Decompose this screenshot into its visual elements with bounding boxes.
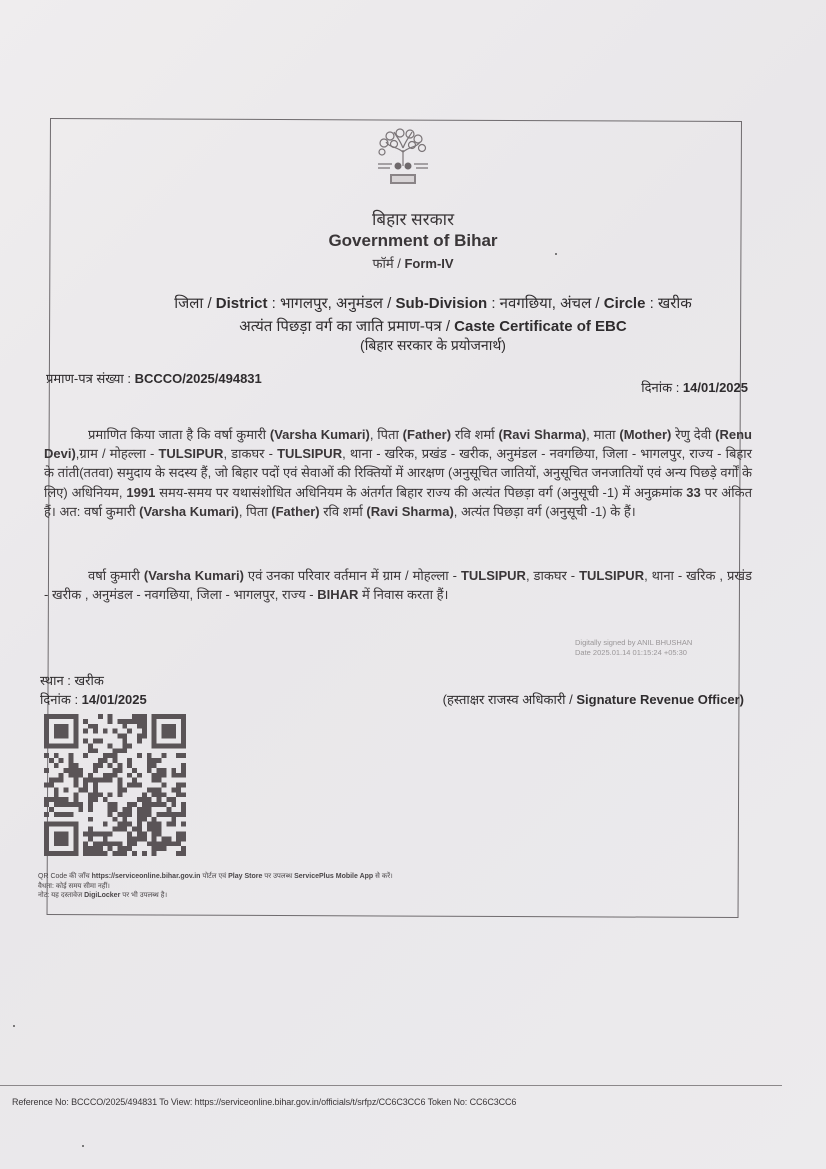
speck	[82, 1145, 84, 1147]
text-run: (Varsha Kumari)	[144, 568, 244, 583]
residence-text: वर्षा कुमारी (Varsha Kumari) एवं उनका पर…	[44, 568, 752, 602]
text-run: में अनुक्रमांक	[618, 485, 686, 500]
qr-code-icon[interactable]	[44, 714, 186, 856]
officer-caption-hi: (हस्ताक्षर राजस्व अधिकारी /	[443, 692, 577, 707]
speck	[13, 1025, 15, 1027]
circle-label: Circle	[604, 295, 646, 312]
text-run: रवि शर्मा	[320, 504, 367, 519]
officer-signature-caption: (हस्ताक्षर राजस्व अधिकारी / Signature Re…	[443, 690, 744, 708]
form-number: फॉर्म / Form-IV	[0, 254, 826, 272]
qr-note-mid: पोर्टल एवं	[200, 873, 228, 880]
certification-text: प्रमाणित किया जाता है कि वर्षा कुमारी (V…	[44, 427, 752, 519]
digital-signature-date: Date 2025.01.14 01:15:24 +05:30	[575, 648, 692, 658]
form-label-english: Form-IV	[404, 256, 453, 271]
qr-note-mid2: पर उपलब्ध	[262, 873, 294, 880]
text-run: (Father)	[271, 504, 319, 519]
purpose-note: (बिहार सरकार के प्रयोजनार्थ)	[20, 336, 826, 355]
text-run: TULSIPUR	[579, 568, 644, 583]
digilocker-note-prefix: नोट: यह दस्तावेज	[38, 892, 84, 899]
text-run: में निवास करता हैं।	[358, 587, 448, 602]
text-run: (Ravi Sharma)	[366, 504, 453, 519]
certificate-title: अत्यंत पिछड़ा वर्ग का जाति प्रमाण-पत्र /…	[20, 316, 826, 336]
place: स्थान : खरीक	[40, 671, 104, 689]
certificate-title-en: Caste Certificate of EBC	[454, 318, 627, 335]
digilocker-note-end: पर भी उपलब्ध है।	[120, 892, 167, 899]
footer-reference: Reference No: BCCCO/2025/494831 To View:…	[12, 1097, 516, 1107]
certificate-number: प्रमाण-पत्र संख्या : BCCCO/2025/494831	[46, 369, 262, 387]
certificate-number-value: BCCCO/2025/494831	[135, 371, 262, 386]
government-title-english: Government of Bihar	[0, 231, 826, 251]
text-run: प्रमाणित किया जाता है कि वर्षा कुमारी	[88, 427, 270, 442]
certificate-number-label: प्रमाण-पत्र संख्या :	[46, 371, 135, 386]
footer-divider	[0, 1085, 782, 1086]
government-title-hindi: बिहार सरकार	[0, 207, 826, 230]
text-run: , माता	[586, 427, 619, 442]
residence-paragraph: वर्षा कुमारी (Varsha Kumari) एवं उनका पर…	[44, 566, 752, 604]
text-run: (Father)	[403, 427, 451, 442]
officer-caption-en: Signature Revenue Officer	[576, 692, 739, 707]
text-run: , पिता	[239, 504, 271, 519]
issue-date-value: 14/01/2025	[82, 692, 147, 707]
digital-signature-stamp: Digitally signed by ANIL BHUSHAN Date 20…	[575, 638, 692, 658]
portal-link[interactable]: https://serviceonline.bihar.gov.in	[92, 873, 201, 880]
qr-note-end: से करें।	[373, 873, 393, 880]
issue-date: दिनांक : 14/01/2025	[40, 690, 147, 708]
district-value: : भागलपुर, अनुमंडल /	[267, 295, 395, 312]
certificate-date-value: 14/01/2025	[683, 380, 748, 395]
certificate-title-hi: अत्यंत पिछड़ा वर्ग का जाति प्रमाण-पत्र /	[239, 318, 454, 335]
text-run: 1991	[126, 485, 155, 500]
place-value: खरीक	[75, 673, 104, 688]
text-run: रेणु देवी	[671, 427, 715, 442]
text-run: (Varsha Kumari)	[270, 427, 370, 442]
district-label-hi: जिला /	[174, 295, 216, 312]
text-run: (Mother)	[619, 427, 671, 442]
qr-note-app: ServicePlus Mobile App	[294, 873, 373, 880]
text-run: रवि शर्मा	[451, 427, 498, 442]
certification-paragraph: प्रमाणित किया जाता है कि वर्षा कुमारी (V…	[44, 425, 752, 521]
circle-value: : खरीक	[645, 295, 691, 312]
text-run: , पिता	[370, 427, 403, 442]
text-run: वर्षा कुमारी	[88, 568, 144, 583]
district-label-en: District	[216, 295, 268, 312]
text-run: TULSIPUR	[158, 446, 223, 461]
validity-note: वैधता: कोई समय सीमा नहीं।	[38, 882, 393, 892]
digilocker-note: नोट: यह दस्तावेज DigiLocker पर भी उपलब्ध…	[38, 891, 393, 901]
qr-note-store: Play Store	[228, 873, 262, 880]
subdivision-value: : नवगछिया, अंचल /	[487, 295, 604, 312]
text-run: , अत्यंत पिछड़ा वर्ग (अनुसूची -1) के हैं…	[454, 504, 636, 519]
certificate-date: दिनांक : 14/01/2025	[641, 378, 748, 396]
text-run: अनुसूची -1)	[561, 485, 618, 500]
certificate-date-label: दिनांक :	[641, 380, 683, 395]
text-run: , डाकघर -	[223, 446, 277, 461]
text-run: (Varsha Kumari)	[139, 504, 239, 519]
text-run: 33	[686, 485, 700, 500]
digital-signature-signer: Digitally signed by ANIL BHUSHAN	[575, 638, 692, 648]
text-run: (Ravi Sharma)	[499, 427, 587, 442]
issue-date-label: दिनांक :	[40, 692, 82, 707]
qr-note-prefix: QR Code की जाँच	[38, 873, 92, 880]
text-run: BIHAR	[317, 587, 358, 602]
qr-verification-notes: QR Code की जाँच https://serviceonline.bi…	[38, 872, 393, 901]
text-run: TULSIPUR	[461, 568, 526, 583]
bodhi-tree-emblem-icon	[370, 128, 436, 188]
qr-note-verify: QR Code की जाँच https://serviceonline.bi…	[38, 872, 393, 882]
text-run: ,ग्राम / मोहल्ला -	[76, 446, 159, 461]
jurisdiction-line: जिला / District : भागलपुर, अनुमंडल / Sub…	[20, 293, 826, 313]
text-run: , डाकघर -	[526, 568, 579, 583]
form-label-hindi: फॉर्म /	[372, 256, 404, 271]
place-label: स्थान :	[40, 673, 75, 688]
subdivision-label: Sub-Division	[395, 295, 487, 312]
speck	[555, 253, 557, 255]
text-run: TULSIPUR	[277, 446, 342, 461]
text-run: समय-समय पर यथासंशोधित अधिनियम के अंतर्गत…	[155, 485, 556, 500]
officer-caption-close: )	[740, 692, 744, 707]
digilocker-name: DigiLocker	[84, 892, 120, 899]
text-run: एवं उनका परिवार वर्तमान में ग्राम / मोहल…	[244, 568, 461, 583]
